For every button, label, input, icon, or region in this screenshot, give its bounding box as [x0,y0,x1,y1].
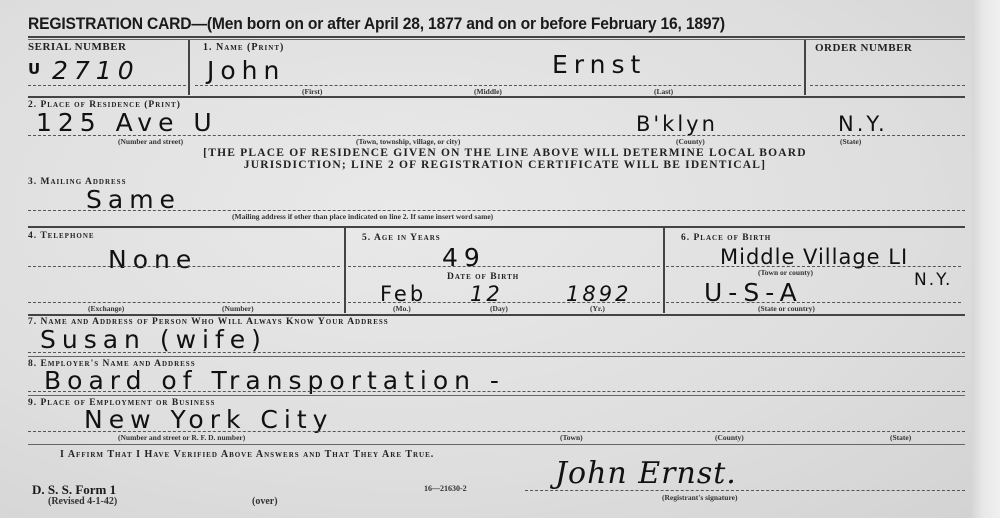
dotted-line [28,210,965,211]
divider [28,444,965,445]
serial-prefix: U [28,60,40,78]
employment-county-caption: (County) [715,433,744,442]
telephone-value: None [108,245,197,274]
dotted-line [666,266,961,267]
divider [804,40,806,95]
card-title: REGISTRATION CARD—(Men born on or after … [28,14,725,34]
divider [188,40,190,95]
form-revised: (Revised 4-1-42) [48,496,117,507]
dotted-line [810,85,965,86]
jurisdiction-notice-line2: JURISDICTION; LINE 2 OF REGISTRATION CER… [90,159,920,171]
birthplace-label: 6. Place of Birth [681,233,771,243]
birth-town-caption: (Town or county) [758,268,813,277]
exchange-caption: (Exchange) [88,304,124,313]
last-caption: (Last) [654,87,673,96]
first-caption: (First) [302,87,322,96]
street-rfd-caption: (Number and street or R. F. D. number) [118,433,245,442]
divider [28,395,965,396]
last-name-value: Ernst [552,50,646,79]
divider [28,36,965,38]
dotted-line [28,352,965,353]
scan-edge [972,0,1000,518]
dotted-line [28,391,965,392]
telephone-label: 4. Telephone [28,231,95,241]
residence-state-value: N.Y. [838,112,888,136]
age-value: 49 [442,243,486,272]
day-caption: (Day) [490,304,508,313]
signature-line [525,490,965,491]
signature-caption: (Registrant's signature) [662,493,737,502]
age-label: 5. Age in Years [362,233,441,243]
divider [28,356,965,357]
registrant-signature: John Ernst. [555,456,737,491]
divider [28,39,965,40]
employment-town-caption: (Town) [560,433,583,442]
divider [28,226,965,228]
residence-street-value: 125 Ave U [36,108,218,137]
contact-person-value: Susan (wife) [40,325,267,354]
dotted-line [666,302,961,303]
county-caption: (County) [676,137,705,146]
jurisdiction-notice-line1: [THE PLACE OF RESIDENCE GIVEN ON THE LIN… [90,147,920,159]
state-caption: (State) [840,137,861,146]
serial-number-label: SERIAL NUMBER [28,41,127,53]
employment-place-value: New York City [84,405,333,434]
town-caption: (Town, township, village, or city) [356,137,460,146]
month-caption: (Mo.) [393,304,411,313]
affirmation-text: I Affirm That I Have Verified Above Answ… [60,449,434,460]
order-number-label: ORDER NUMBER [815,42,912,54]
dotted-line [348,302,660,303]
divider [28,314,965,316]
birthplace-state-value: N.Y. [914,270,952,290]
serial-number-value: 2710 [52,56,140,85]
dotted-line [348,266,660,267]
dotted-line [28,302,340,303]
dotted-line [28,135,965,136]
dotted-line [195,85,801,86]
employment-state-caption: (State) [890,433,911,442]
dotted-line [28,266,340,267]
date-of-birth-label: Date of Birth [447,272,519,282]
dotted-line [28,431,965,432]
divider [28,96,965,98]
name-label: 1. Name (Print) [203,42,284,53]
street-caption: (Number and street) [118,137,183,146]
registration-card: REGISTRATION CARD—(Men born on or after … [0,0,1000,518]
year-caption: (Yr.) [590,304,605,313]
middle-caption: (Middle) [474,87,502,96]
first-name-value: John [207,56,285,85]
print-code: 16—21630-2 [424,484,467,493]
divider [344,227,346,313]
over-note: (over) [252,496,278,507]
residence-county-value: B'klyn [636,112,718,136]
number-caption: (Number) [222,304,254,313]
dotted-line [28,85,186,86]
mailing-caption: (Mailing address if other than place ind… [232,212,493,221]
birth-country-caption: (State or country) [758,304,815,313]
divider [663,227,665,313]
